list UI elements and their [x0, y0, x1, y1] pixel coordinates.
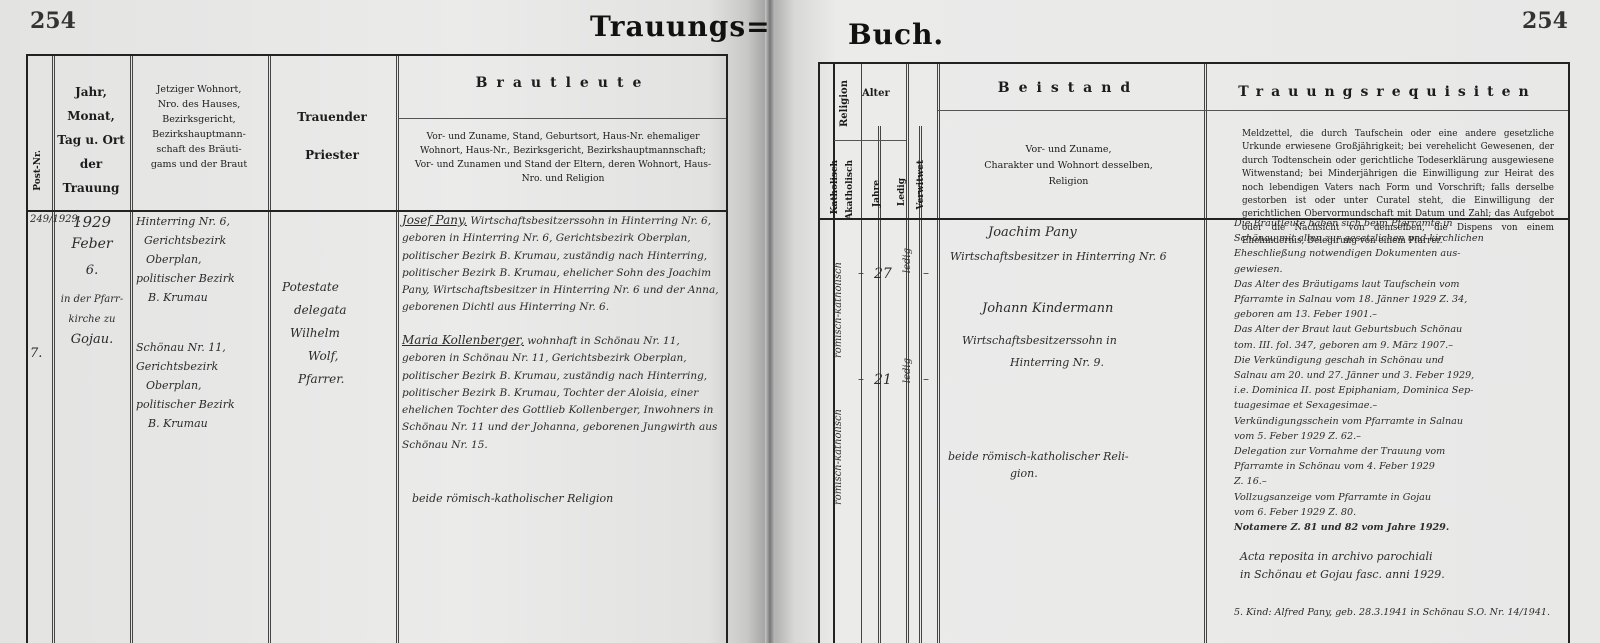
header-single: Ledig — [897, 178, 907, 206]
entry-groom-widowed: – — [923, 266, 929, 280]
header-witness-desc: Vor- und Zuname, Charakter und Wohnort d… — [936, 142, 1201, 190]
witness-religion: beide römisch-katholischer Reli- gion. — [948, 448, 1129, 482]
entry-bride-residence: Schönau Nr. 11, Gerichtsbezirk Oberplan,… — [136, 338, 266, 433]
entry-year: 1929 — [54, 212, 130, 232]
groom-name: Josef Pany, — [402, 213, 467, 227]
entry-place: in der Pfarr- kirche zu Gojau. — [52, 290, 132, 350]
header-couple-title: Brautleute — [398, 75, 728, 91]
witness-header-rule — [938, 110, 1568, 111]
bride-name: Maria Kollenberger, — [402, 333, 524, 347]
header-requisites-title: Trauungsrequisiten — [1205, 84, 1570, 100]
page-number-right: 254 — [1522, 8, 1568, 34]
entry-post-nr-alt: 7. — [30, 345, 42, 362]
groom-details: Wirtschaftsbesitzerssohn in Hinterring N… — [402, 215, 719, 313]
religion-header-rule — [834, 140, 906, 141]
couple-header-rule — [398, 118, 726, 119]
witness2-desc: Wirtschaftsbesitzerssohn in Hinterring N… — [962, 330, 1117, 374]
book-title-left: Trauungs= — [590, 10, 771, 43]
entry-non-catholic-groom: – — [858, 266, 864, 280]
entry-groom-age: 27 — [874, 266, 892, 283]
header-priest: Trauender Priester — [268, 98, 396, 174]
header-non-catholic: Akatholisch — [845, 160, 855, 220]
header-religion: Religion — [839, 80, 850, 127]
entry-priest: Potestate delegata Wilhelm Wolf, Pfarrer… — [282, 276, 392, 391]
header-date-place: Jahr, Monat, Tag u. Ort der Trauung — [52, 80, 130, 200]
witness1-desc: Wirtschaftsbesitzer in Hinterring Nr. 6 — [950, 248, 1210, 265]
entry-groom: Josef Pany, Wirtschaftsbesitzerssohn in … — [402, 212, 722, 317]
witness2-name: Johann Kindermann — [982, 300, 1113, 317]
entry-day: 6. — [54, 262, 130, 279]
entry-bride-single: ledig — [902, 358, 913, 383]
entry-religion-bride: römisch-katholisch — [833, 365, 844, 505]
header-post-nr: Post-Nr. — [33, 150, 43, 191]
col-divider — [906, 64, 909, 643]
book-gutter — [765, 0, 775, 643]
header-age: Alter — [862, 88, 890, 99]
header-residence: Jetziger Wohnort, Nro. des Hauses, Bezir… — [130, 82, 268, 172]
entry-bride-age: 21 — [874, 372, 892, 389]
col-divider — [396, 56, 399, 643]
entry-post-nr: 249/1929. — [30, 214, 52, 226]
header-widowed: Verwitwet — [916, 160, 926, 210]
entry-acta: Acta reposita in archivo parochiali in S… — [1240, 548, 1570, 584]
entry-bride: Maria Kollenberger, wohnhaft in Schönau … — [402, 332, 722, 454]
col-divider — [861, 64, 862, 643]
page-number-left: 254 — [30, 8, 76, 34]
entry-month: Feber — [54, 236, 130, 253]
header-couple-desc: Vor- und Zuname, Stand, Geburtsort, Haus… — [410, 130, 716, 186]
entry-requisites: Die Brautleute haben sich beim Pfarramte… — [1234, 216, 1568, 535]
entry-religion-groom: römisch-katholisch — [833, 218, 844, 358]
witness1-name: Joachim Pany — [988, 224, 1077, 241]
bride-details: wohnhaft in Schönau Nr. 11, geboren in S… — [402, 335, 717, 451]
entry-footnote: 5. Kind: Alfred Pany, geb. 28.3.1941 in … — [1234, 604, 1574, 621]
header-years: Jahre — [872, 180, 882, 207]
book-title-right: Buch. — [848, 18, 944, 51]
entry-groom-single: ledig — [902, 248, 913, 273]
entry-non-catholic-bride: – — [858, 372, 864, 386]
header-witness-title: Beistand — [936, 80, 1201, 96]
entry-couple-religion: beide römisch-katholischer Religion — [412, 490, 712, 507]
header-catholic: Katholisch — [830, 160, 840, 214]
entry-groom-residence: Hinterring Nr. 6, Gerichtsbezirk Oberpla… — [136, 212, 266, 307]
col-divider — [1204, 64, 1207, 643]
entry-bride-widowed: – — [923, 372, 929, 386]
